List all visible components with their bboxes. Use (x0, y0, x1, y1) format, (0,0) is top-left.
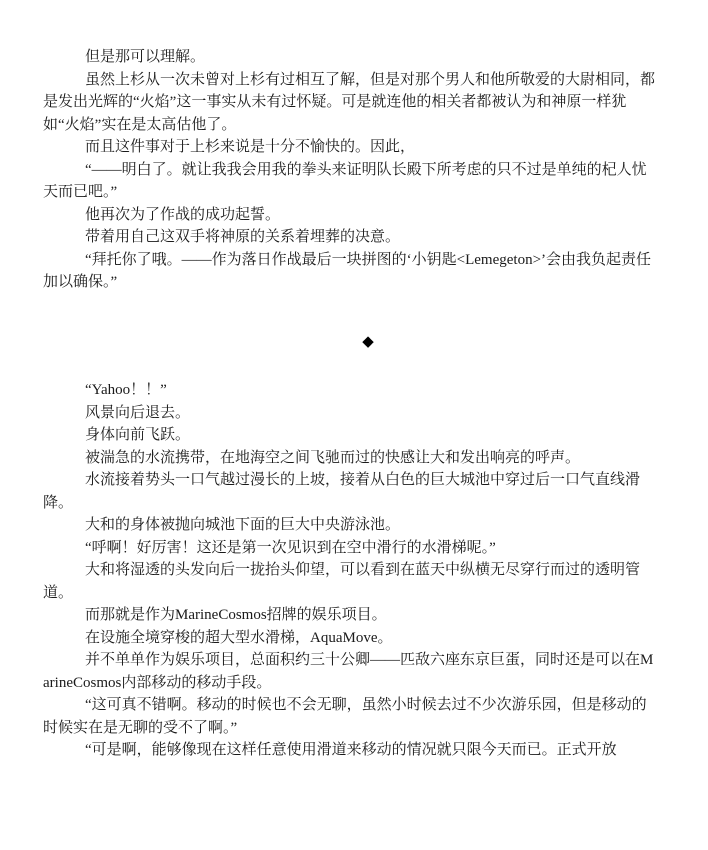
paragraph: “——明白了。就让我我会用我的拳头来证明队长殿下所考虑的只不过是单纯的杞人忧天而… (43, 159, 655, 204)
paragraph: 而那就是作为MarineCosmos招牌的娱乐项目。 (43, 604, 655, 627)
paragraph: 并不单单作为娱乐项目，总面积约三十公卿——匹敌六座东京巨蛋，同时还是可以在Mar… (43, 649, 655, 694)
scene-divider: ◆ (62, 331, 674, 354)
paragraph: 水流接着势头一口气越过漫长的上坡，接着从白色的巨大城池中穿过后一口气直线滑降。 (43, 469, 655, 514)
paragraph: 带着用自己这双手将神原的关系着埋葬的决意。 (43, 226, 655, 249)
paragraph: 大和将湿透的头发向后一拢抬头仰望，可以看到在蓝天中纵横无尽穿行而过的透明管道。 (43, 559, 655, 604)
paragraph: 虽然上杉从一次未曾对上杉有过相互了解，但是对那个男人和他所敬爱的大尉相同，都是发… (43, 69, 655, 137)
paragraph: “拜托你了哦。——作为落日作战最后一块拼图的‘小钥匙<Lemegeton>’会由… (43, 249, 655, 294)
paragraph: 被湍急的水流携带，在地海空之间飞驰而过的快感让大和发出响亮的呼声。 (43, 447, 655, 470)
novel-page: 但是那可以理解。虽然上杉从一次未曾对上杉有过相互了解，但是对那个男人和他所敬爱的… (0, 0, 708, 850)
paragraph: 大和的身体被抛向城池下面的巨大中央游泳池。 (43, 514, 655, 537)
paragraph: 在设施全境穿梭的超大型水滑梯，AquaMove。 (43, 627, 655, 650)
paragraph: “可是啊，能够像现在这样任意使用滑道来移动的情况就只限今天而已。正式开放 (43, 739, 655, 762)
paragraph: “Yahoo！！” (43, 379, 655, 402)
paragraph: 但是那可以理解。 (43, 46, 655, 69)
paragraph: 风景向后退去。 (43, 402, 655, 425)
paragraph: 身体向前飞跃。 (43, 424, 655, 447)
paragraph: “这可真不错啊。移动的时候也不会无聊，虽然小时候去过不少次游乐园，但是移动的时候… (43, 694, 655, 739)
paragraph: “呼啊！好厉害！这还是第一次见识到在空中滑行的水滑梯呢。” (43, 537, 655, 560)
paragraph: 他再次为了作战的成功起誓。 (43, 204, 655, 227)
paragraph: 而且这件事对于上杉来说是十分不愉快的。因此， (43, 136, 655, 159)
scene-section-1: 但是那可以理解。虽然上杉从一次未曾对上杉有过相互了解，但是对那个男人和他所敬爱的… (43, 46, 655, 294)
scene-section-2: “Yahoo！！”风景向后退去。身体向前飞跃。被湍急的水流携带，在地海空之间飞驰… (43, 379, 655, 762)
